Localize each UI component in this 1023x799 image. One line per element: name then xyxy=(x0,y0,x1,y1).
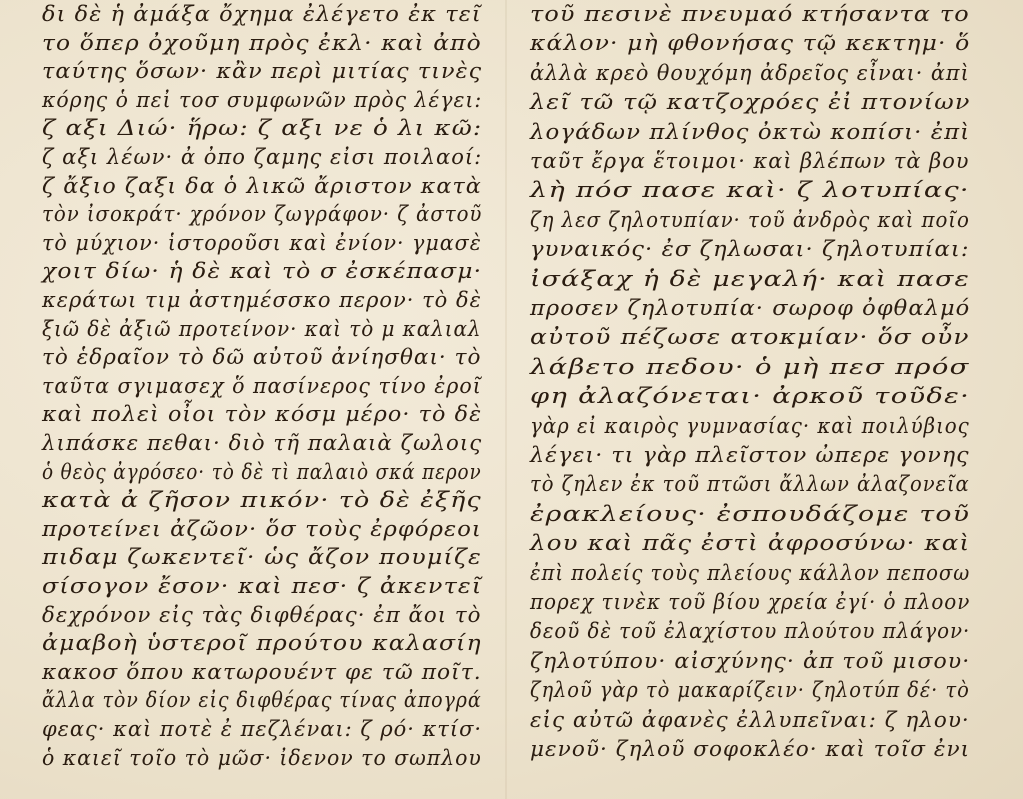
manuscript-line: χοιτ δίω· ἡ δὲ καὶ τὸ σ ἐσκέπασμ· xyxy=(42,259,482,283)
manuscript-line: εἰς αὐτῶ ἀφανὲς ἐλλυπεῖναι: ζ ηλου· xyxy=(530,708,970,732)
manuscript-line: κακοσ ὅπου κατωρουέντ φε τῶ ποῖτ. xyxy=(42,660,482,684)
manuscript-line: λὴ πόσ πασε καὶ· ζ λοτυπίας· xyxy=(530,178,970,202)
manuscript-line: φεας· καὶ ποτὲ ἐ πεζλέναι: ζ ρό· κτίσ· xyxy=(42,717,482,741)
manuscript-line: ἀμαβοὴ ὑστεροῖ προύτου καλασίη xyxy=(42,631,482,655)
manuscript-line: δεοῦ δὲ τοῦ ἐλαχίστου πλούτου πλάγον· xyxy=(530,619,970,643)
manuscript-line: λου καὶ πᾶς ἐστὶ ἀφροσύνω· καὶ xyxy=(530,531,970,555)
manuscript-line: ὁ θεὸς ἀγρόσεο· τὸ δὲ τὶ παλαιὸ σκά περο… xyxy=(42,460,482,484)
manuscript-line: τὸ ζηλεν ἐκ τοῦ πτῶσι ἄλλων ἀλαζονεῖα xyxy=(530,472,970,496)
manuscript-line: κατὰ ἀ ζῆσον πικόν· τὸ δὲ ἐξῆς xyxy=(42,488,482,512)
manuscript-line: λογάδων πλίνθος ὀκτὼ κοπίσι· ἐπὶ xyxy=(530,120,970,144)
manuscript-line: τὸ ἑδραῖον τὸ δῶ αὐτοῦ ἀνίησθαι· τὸ xyxy=(42,345,481,369)
manuscript-line: γυναικός· ἐσ ζηλωσαι· ζηλοτυπίαι: xyxy=(530,237,970,261)
manuscript-line: ζ αξι λέων· ἀ ὀπο ζαμης εἰσι ποιλαοί: xyxy=(42,145,482,169)
manuscript-line: ξιῶ δὲ ἀξιῶ προτείνον· καὶ τὸ μ καλιαλ xyxy=(42,317,482,341)
manuscript-line: σίσογον ἔσον· καὶ πεσ· ζ ἀκεντεῖ xyxy=(42,574,482,598)
manuscript-line: τὸ μύχιον· ἱστοροῦσι καὶ ἐνίον· γμασὲ xyxy=(42,231,482,255)
manuscript-line: φη ἀλαζόνεται· ἀρκοῦ τοῦδε· xyxy=(530,384,970,408)
manuscript-line: ζη λεσ ζηλοτυπίαν· τοῦ ἀνδρὸς καὶ ποῖο xyxy=(530,208,970,232)
manuscript-line: ζ αξι Διώ· ἥρω: ζ αξι νε ὁ λι κῶ: xyxy=(42,116,482,140)
column-gutter xyxy=(505,0,507,799)
manuscript-line: λέγει· τι γὰρ πλεῖστον ὠπερε γονης xyxy=(530,443,970,467)
manuscript-line: ὁ καιεῖ τοῖο τὸ μῶσ· ἰδενον το σωπλου xyxy=(42,746,482,770)
manuscript-line: καὶ πολεὶ οἶοι τὸν κόσμ μέρο· τὸ δὲ xyxy=(42,402,482,426)
manuscript-line: ταῦτ ἔργα ἕτοιμοι· καὶ βλέπων τὰ βου xyxy=(530,149,970,173)
manuscript-line: τοῦ πεσινὲ πνευμαό κτήσαντα το xyxy=(530,2,970,26)
manuscript-line: ἰσάξαχ ἡ δὲ μεγαλή· καὶ πασε xyxy=(530,267,970,291)
manuscript-line: ἀλλὰ κρεὸ θουχόμη ἀδρεῖος εἶναι· ἀπὶ xyxy=(530,61,970,85)
manuscript-line: ταῦτα σγιμασεχ ὅ πασίνερος τίνο ἐροῖ xyxy=(42,374,482,398)
manuscript-line: ἐπὶ πολείς τοὺς πλείους κάλλον πεποσω xyxy=(530,561,970,585)
manuscript-line: πορεχ τινὲκ τοῦ βίου χρεία ἐγί· ὁ πλοον xyxy=(530,590,970,614)
manuscript-line: προσεν ζηλοτυπία· σωροφ ὀφθαλμό xyxy=(530,296,970,320)
manuscript-line: τὸν ἰσοκράτ· χρόνον ζωγράφον· ζ ἀστοῦ xyxy=(42,202,482,226)
manuscript-line: κεράτωι τιμ ἀστημέσσκο περον· τὸ δὲ xyxy=(42,288,482,312)
manuscript-line: ἄλλα τὸν δίον εἰς διφθέρας τίνας ἀπογρά xyxy=(42,688,482,712)
manuscript-line: το ὅπερ ὀχοῦμη πρὸς ἐκλ· καὶ ἀπὸ xyxy=(42,31,482,55)
manuscript-line: δεχρόνον εἰς τὰς διφθέρας· ἐπ ἄοι τὸ xyxy=(42,603,482,627)
manuscript-line: μενοῦ· ζηλοῦ σοφοκλέο· καὶ τοῖσ ἐνι xyxy=(530,737,970,761)
manuscript-line: ἐρακλείους· ἐσπουδάζομε τοῦ xyxy=(530,502,970,526)
manuscript-line: ζηλοῦ γὰρ τὸ μακαρίζειν· ζηλοτύπ δέ· τὸ xyxy=(530,678,970,702)
manuscript-line: λάβετο πεδου· ὁ μὴ πεσ πρόσ xyxy=(530,355,970,379)
manuscript-line: κόρης ὁ πεἰ τοσ συμφωνῶν πρὸς λέγει: xyxy=(42,88,482,112)
manuscript-line: αὐτοῦ πέζωσε ατοκμίαν· ὅσ οὖν xyxy=(530,325,970,349)
manuscript-line: λιπάσκε πεθαι· διὸ τῆ παλαιὰ ζωλοις xyxy=(42,431,482,455)
manuscript-line: γὰρ εἰ καιρὸς γυμνασίας· καὶ ποιλύβιος xyxy=(530,414,970,438)
manuscript-page: δι δὲ ἡ ἀμάξα ὄχημα ἐλέγετο ἐκ τεῖτο ὅπε… xyxy=(0,0,1023,799)
manuscript-line: κάλον· μὴ φθονήσας τῷ κεκτημ· ὅ xyxy=(530,31,970,55)
manuscript-line: πιδαμ ζωκεντεῖ· ὡς ἄζον πουμίζε xyxy=(42,545,482,569)
manuscript-line: δι δὲ ἡ ἀμάξα ὄχημα ἐλέγετο ἐκ τεῖ xyxy=(42,2,482,26)
manuscript-line: λεῖ τῶ τῷ κατζοχρόες ἐἰ πτονίων xyxy=(530,90,971,114)
manuscript-line: προτείνει ἀζῶον· ὅσ τοὺς ἐρφόρεοι xyxy=(42,517,482,541)
manuscript-line: ζ ἄξιο ζαξι δα ὁ λικῶ ἄριστον κατὰ xyxy=(42,174,482,198)
manuscript-line: ταύτης ὅσων· κἂν περὶ μιτίας τινὲς xyxy=(42,59,482,83)
manuscript-line: ζηλοτύπου· αἰσχύνης· ἀπ τοῦ μισου· xyxy=(530,649,970,673)
